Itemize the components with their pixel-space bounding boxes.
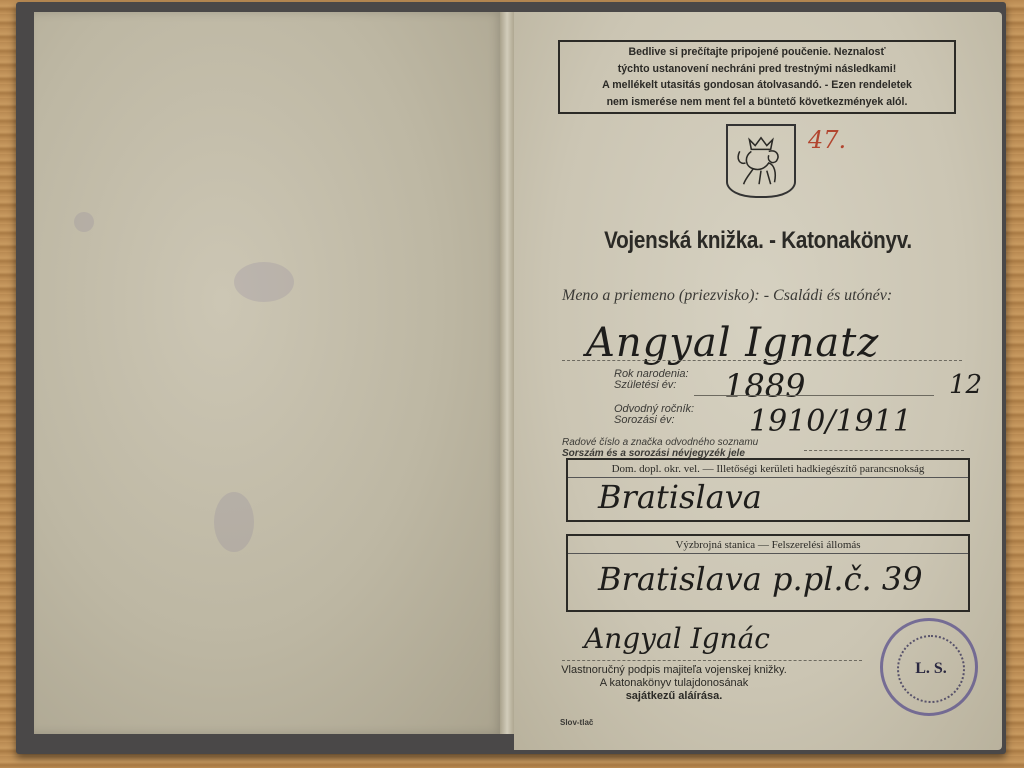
draft-year-value: 1910/1911	[749, 404, 912, 439]
ink-stain	[234, 262, 294, 302]
serial-number: 47.	[808, 126, 846, 154]
name-label: Meno a priemeno (priezvisko): - Családi …	[562, 287, 892, 305]
dotted-rule	[804, 450, 964, 451]
signature-caption-hu-1: A katonakönyv tulajdonosának	[514, 677, 834, 690]
notice-line: nem ismerése nem ment fel a büntető köve…	[560, 94, 954, 111]
printer-mark: Slov-tlač	[560, 718, 593, 727]
birth-extra-value: 12	[949, 370, 982, 400]
equipment-station-value: Bratislava p.pl.č. 39	[568, 554, 968, 598]
district-command-box: Dom. dopl. okr. vel. — Illetőségi kerüle…	[566, 458, 970, 522]
district-command-value: Bratislava	[568, 478, 968, 516]
left-blank-page	[34, 12, 504, 734]
signature-caption-hu-2: sajátkezű aláírása.	[514, 690, 834, 703]
right-document-page: Bedlive si prečítajte pripojené poučenie…	[514, 12, 1002, 750]
owner-signature: Angyal Ignác	[584, 622, 770, 655]
notice-line: Bedlive si prečítajte pripojené poučenie…	[560, 44, 954, 61]
notice-line: A mellékelt utasitás gondosan átolvasand…	[560, 77, 954, 94]
document-title: Vojenská knižka. - Katonakönyv.	[548, 227, 968, 255]
equipment-station-header: Výzbrojná stanica — Felszerelési állomás	[568, 536, 968, 554]
ink-stain	[74, 212, 94, 232]
rule	[694, 395, 934, 396]
draft-year-label-hu: Sorozási év:	[614, 415, 675, 426]
notice-line: týchto ustanovení nechráni pred trestným…	[560, 61, 954, 78]
official-seal-stamp: L. S.	[880, 618, 978, 716]
birth-year-label-hu: Születési év:	[614, 380, 676, 391]
birth-year-value: 1889	[724, 367, 805, 405]
dotted-rule	[562, 360, 962, 361]
district-command-header: Dom. dopl. okr. vel. — Illetőségi kerüle…	[568, 460, 968, 478]
ink-stain	[214, 492, 254, 552]
warning-notice-box: Bedlive si prečítajte pripojené poučenie…	[558, 40, 956, 114]
lion-coat-of-arms-icon	[726, 124, 796, 198]
dotted-rule	[562, 660, 862, 661]
register-label-sk: Radové číslo a značka odvodného soznamu	[562, 437, 758, 448]
equipment-station-box: Výzbrojná stanica — Felszerelési állomás…	[566, 534, 970, 612]
seal-text: L. S.	[897, 635, 965, 703]
signature-caption-sk: Vlastnoručný podpis majiteľa vojenskej k…	[514, 664, 834, 677]
